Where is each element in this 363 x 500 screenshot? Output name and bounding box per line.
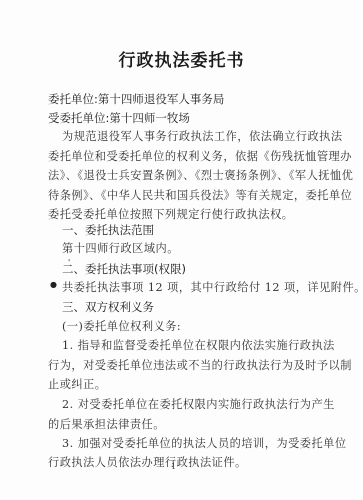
section3-heading: 三、双方权利义务 [62, 300, 314, 314]
preamble-line: 委托受委托单位按照下列规定行使行政执法权。 [48, 208, 300, 222]
document-page: 行政执法委托书 委托单位:第十四师退役军人事务局 受委托单位:第十四师一牧场 为… [0, 0, 363, 500]
preamble-line: 为规范退役军人事务行政执法工作，依法确立行政执法 [62, 130, 314, 144]
bullet-dot: ● [50, 280, 57, 289]
item1-line: 行为，对受委托单位违法或不当的行政执法行为及时予以制 [48, 359, 300, 373]
section1-text: 第十四师行政区域内。 [62, 242, 314, 256]
document-title: 行政执法委托书 [0, 46, 363, 71]
item2-line: 的后果承担法律责任。 [48, 418, 300, 432]
preamble-line: 法》、《退役士兵安置条例》、《烈士褒扬条例》、《军人抚恤优 [48, 169, 300, 183]
section1-heading: 一、委托执法范围 [62, 223, 314, 237]
entrusted-party: 受委托单位:第十四师一牧场 [48, 111, 300, 125]
item3-line: 3. 加强对受委托单位的执法人员的培训，为受委托单位 [62, 437, 314, 451]
preamble-line: 委托单位和受委托单位的权利义务，依据《伤残抚恤管理办 [48, 150, 300, 164]
section2-text: 共委托执法事项 12 项，其中行政给付 12 项，详见附件。 [62, 281, 314, 295]
section2-heading: 二、委托执法事项(权限) [62, 262, 314, 276]
section3-sub1: (一)委托单位权利义务: [62, 320, 314, 334]
preamble-line: 待条例》、《中华人民共和国兵役法》等有关规定，委托单位 [48, 189, 300, 203]
item1-line: 1. 指导和监督受委托单位在权限内依法实施行政执法 [62, 339, 314, 353]
page-number: 1 [171, 462, 176, 471]
item2-line: 2. 对受委托单位在委托权限内实施行政执法行为产生 [62, 398, 314, 412]
entrusting-party: 委托单位:第十四师退役军人事务局 [48, 92, 300, 106]
item1-line: 止或纠正。 [48, 378, 300, 392]
